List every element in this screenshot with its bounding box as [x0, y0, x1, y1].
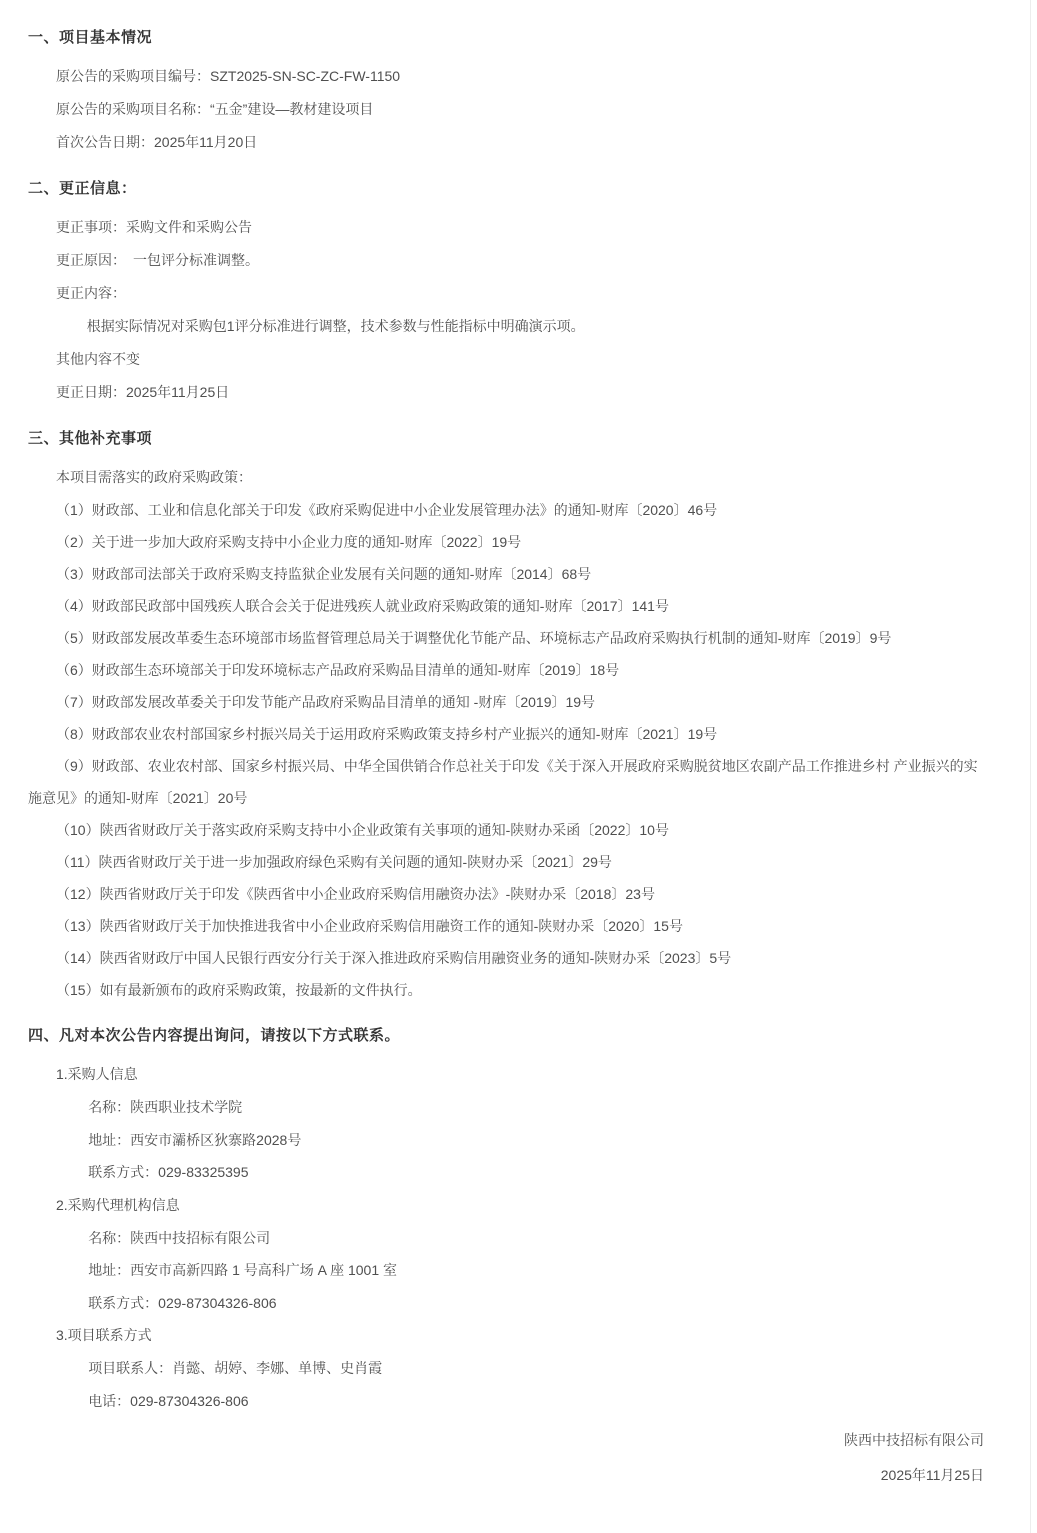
correction-date: 更正日期：2025年11月25日 — [28, 376, 990, 409]
first-announcement-date: 首次公告日期：2025年11月20日 — [28, 126, 990, 159]
original-project-name: 原公告的采购项目名称：“五金”建设—教材建设项目 — [28, 93, 990, 126]
policy-item-7: （7）财政部发展改革委关于印发节能产品政府采购品目清单的通知 -财库〔2019〕… — [28, 686, 990, 718]
signature-block: 陕西中技招标有限公司 2025年11月25日 — [28, 1423, 990, 1493]
other-content-unchanged: 其他内容不变 — [28, 343, 990, 376]
section1-heading: 一、项目基本情况 — [28, 21, 990, 54]
policy-item-11: （11）陕西省财政厅关于进一步加强政府绿色采购有关问题的通知-陕财办采〔2021… — [28, 846, 990, 878]
project-contact-block: 3.项目联系方式 项目联系人：肖懿、胡婷、李娜、单博、史肖霞 电话：029-87… — [28, 1319, 990, 1417]
purchaser-name: 名称：陕西职业技术学院 — [28, 1091, 990, 1124]
policy-item-1: （1）财政部、工业和信息化部关于印发《政府采购促进中小企业发展管理办法》的通知-… — [28, 494, 990, 526]
signature-date: 2025年11月25日 — [28, 1458, 984, 1493]
policy-item-2: （2）关于进一步加大政府采购支持中小企业力度的通知-财库〔2022〕19号 — [28, 526, 990, 558]
section2-heading: 二、更正信息： — [28, 172, 990, 205]
policy-item-15: （15）如有最新颁布的政府采购政策，按最新的文件执行。 — [28, 974, 990, 1006]
policy-item-9: （9）财政部、农业农村部、国家乡村振兴局、中华全国供销合作总社关于印发《关于深入… — [28, 750, 990, 814]
agency-name: 名称：陕西中技招标有限公司 — [28, 1222, 990, 1255]
policy-item-3: （3）财政部司法部关于政府采购支持监狱企业发展有关问题的通知-财库〔2014〕6… — [28, 558, 990, 590]
correction-reason: 更正原因： 一包评分标准调整。 — [28, 244, 990, 277]
policy-item-5: （5）财政部发展改革委生态环境部市场监督管理总局关于调整优化节能产品、环境标志产… — [28, 622, 990, 654]
agency-address: 地址：西安市高新四路 1 号高科广场 A 座 1001 室 — [28, 1254, 990, 1287]
project-contact-persons: 项目联系人：肖懿、胡婷、李娜、单博、史肖霞 — [28, 1352, 990, 1385]
policy-item-6: （6）财政部生态环境部关于印发环境标志产品政府采购品目清单的通知-财库〔2019… — [28, 654, 990, 686]
purchaser-info-block: 1.采购人信息 名称：陕西职业技术学院 地址：西安市灞桥区狄寨路2028号 联系… — [28, 1058, 990, 1189]
section3-heading: 三、其他补充事项 — [28, 422, 990, 455]
policy-item-14: （14）陕西省财政厅中国人民银行西安分行关于深入推进政府采购信用融资业务的通知-… — [28, 942, 990, 974]
purchaser-address: 地址：西安市灞桥区狄寨路2028号 — [28, 1124, 990, 1157]
project-contact-title: 3.项目联系方式 — [28, 1319, 990, 1352]
policy-intro: 本项目需落实的政府采购政策： — [28, 461, 990, 494]
policy-item-10: （10）陕西省财政厅关于落实政府采购支持中小企业政策有关事项的通知-陕财办采函〔… — [28, 814, 990, 846]
section-correction-info: 二、更正信息： 更正事项：采购文件和采购公告 更正原因： 一包评分标准调整。 更… — [28, 172, 990, 409]
agency-info-title: 2.采购代理机构信息 — [28, 1189, 990, 1222]
policy-item-12: （12）陕西省财政厅关于印发《陕西省中小企业政府采购信用融资办法》-陕财办采〔2… — [28, 878, 990, 910]
agency-contact: 联系方式：029-87304326-806 — [28, 1287, 990, 1320]
policy-item-4: （4）财政部民政部中国残疾人联合会关于促进残疾人就业政府采购政策的通知-财库〔2… — [28, 590, 990, 622]
purchaser-contact: 联系方式：029-83325395 — [28, 1156, 990, 1189]
announcement-document: 一、项目基本情况 原公告的采购项目编号：SZT2025-SN-SC-ZC-FW-… — [0, 0, 1031, 1533]
correction-content-detail: 根据实际情况对采购包1评分标准进行调整，技术参数与性能指标中明确演示项。 — [28, 310, 990, 343]
purchaser-info-title: 1.采购人信息 — [28, 1058, 990, 1091]
section-supplementary-items: 三、其他补充事项 本项目需落实的政府采购政策： （1）财政部、工业和信息化部关于… — [28, 422, 990, 1006]
original-project-number: 原公告的采购项目编号：SZT2025-SN-SC-ZC-FW-1150 — [28, 60, 990, 93]
section-contact-info: 四、凡对本次公告内容提出询问，请按以下方式联系。 1.采购人信息 名称：陕西职业… — [28, 1019, 990, 1417]
agency-info-block: 2.采购代理机构信息 名称：陕西中技招标有限公司 地址：西安市高新四路 1 号高… — [28, 1189, 990, 1320]
project-contact-phone: 电话：029-87304326-806 — [28, 1385, 990, 1418]
policy-item-8: （8）财政部农业农村部国家乡村振兴局关于运用政府采购政策支持乡村产业振兴的通知-… — [28, 718, 990, 750]
correction-content-label: 更正内容： — [28, 277, 990, 310]
section-project-basic-info: 一、项目基本情况 原公告的采购项目编号：SZT2025-SN-SC-ZC-FW-… — [28, 21, 990, 159]
correction-item: 更正事项：采购文件和采购公告 — [28, 211, 990, 244]
section4-heading: 四、凡对本次公告内容提出询问，请按以下方式联系。 — [28, 1019, 990, 1052]
signature-company: 陕西中技招标有限公司 — [28, 1423, 984, 1458]
policy-item-13: （13）陕西省财政厅关于加快推进我省中小企业政府采购信用融资工作的通知-陕财办采… — [28, 910, 990, 942]
